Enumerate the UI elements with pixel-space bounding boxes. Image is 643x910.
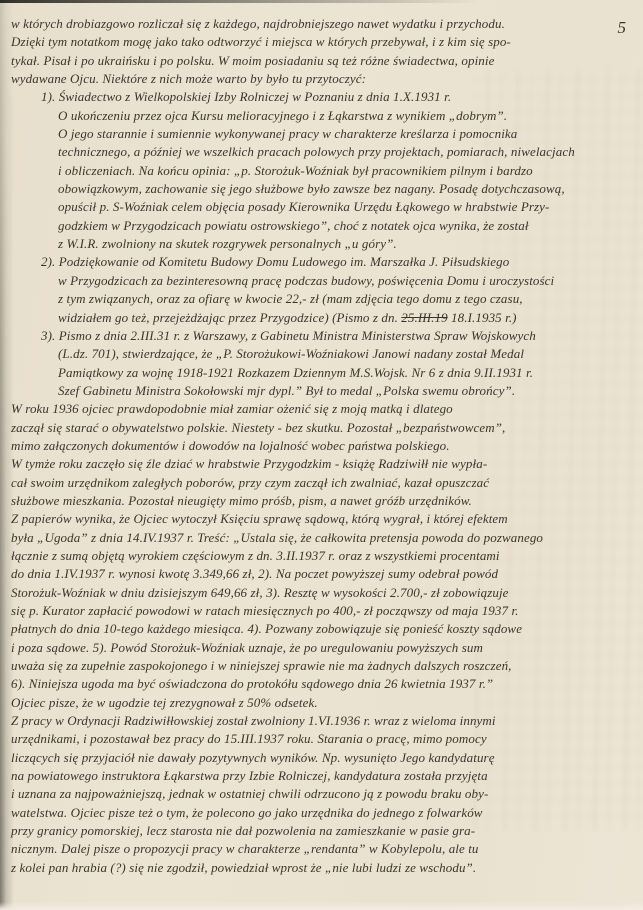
handwritten-line: 3). Pismo z dnia 2.III.31 r. z Warszawy,… — [0, 327, 639, 345]
handwritten-line: 1). Świadectwo z Wielkopolskiej Izby Rol… — [0, 88, 639, 106]
handwritten-line: w Przygodzicach za bezinteresowną pracę … — [0, 272, 639, 290]
handwritten-line: O ukończeniu przez ojca Kursu melioracyj… — [0, 107, 639, 125]
handwritten-line: 6). Niniejsza ugoda ma być oświadczona d… — [0, 675, 639, 693]
handwritten-line: i uznana za najpoważniejszą, jednak w os… — [0, 785, 639, 803]
handwritten-line: płatnych do dnia 10-tego każdego miesiąc… — [0, 620, 639, 638]
handwritten-line: przy granicy pomorskiej, lecz starosta n… — [0, 822, 639, 840]
handwritten-line: 2). Podziękowanie od Komitetu Budowy Dom… — [0, 253, 639, 271]
handwritten-line: Dzięki tym notatkom mogę jako tako odtwo… — [0, 33, 639, 51]
handwritten-line: cał swoim urzędnikom zaległych poborów, … — [0, 474, 639, 492]
handwritten-line: watelstwa. Ojciec pisze też o tym, że po… — [0, 804, 639, 822]
bottom-edge-highlight — [0, 902, 643, 910]
handwritten-line: technicznego, a później we wszelkich pra… — [0, 143, 639, 161]
handwritten-line: była „Ugoda” z dnia 14.IV.1937 r. Treść:… — [0, 529, 639, 547]
top-edge-shadow — [0, 0, 480, 3]
handwritten-line: liczących się przyjaciół nie dawały pozy… — [0, 749, 639, 767]
text-segment: widziałem go też, przejeżdżając przez Pr… — [58, 310, 401, 325]
handwritten-line: urzędnikami, i pozostawał bez pracy do 1… — [0, 730, 639, 748]
handwritten-line: służbowe mieszkania. Pozostał nieugięty … — [0, 492, 639, 510]
handwritten-line: Z pracy w Ordynacji Radziwiłłowskiej zos… — [0, 712, 639, 730]
handwritten-line: na powiatowego instruktora Łąkarstwa prz… — [0, 767, 639, 785]
handwritten-line: mimo załączonych dokumentów i dowodów na… — [0, 437, 639, 455]
handwritten-line: z W.I.R. zwolniony na skutek rozgrywek p… — [0, 235, 639, 253]
handwritten-line: się p. Kurator zapłacić powodowi w ratac… — [0, 602, 639, 620]
handwritten-line: uważa się za zupełnie zaspokojonego i w … — [0, 657, 639, 675]
struck-text: 25.III.19 — [401, 310, 447, 325]
handwritten-line: Pamiątkowy za wojnę 1918-1921 Rozkazem D… — [0, 364, 639, 382]
scanned-page: 5 w których drobiazgowo rozliczał się z … — [0, 0, 643, 910]
handwritten-line: Ojciec pisze, że w ugodzie tej zrezygnow… — [0, 694, 639, 712]
handwritten-line: Storożuk-Woźniak w dniu dzisiejszym 649,… — [0, 584, 639, 602]
handwritten-line: i poza sądowe. 5). Powód Storożuk-Woźnia… — [0, 639, 639, 657]
handwritten-line: w których drobiazgowo rozliczał się z ka… — [0, 15, 639, 33]
handwritten-line: (L.dz. 701), stwierdzające, że „P. Storo… — [0, 345, 639, 363]
handwritten-line: widziałem go też, przejeżdżając przez Pr… — [0, 309, 639, 327]
handwritten-line: Szef Gabinetu Ministra Sokołowski mjr dy… — [0, 382, 639, 400]
handwritten-line: wydawane Ojcu. Niektóre z nich może wart… — [0, 70, 639, 88]
handwritten-line: O jego starannie i sumiennie wykonywanej… — [0, 125, 639, 143]
handwritten-line: W tymże roku zaczęło się źle dziać w hra… — [0, 455, 639, 473]
handwritten-line: W roku 1936 ojciec prawdopodobnie miał z… — [0, 400, 639, 418]
handwritten-line: tykał. Pisał i po ukraińsku i po polsku.… — [0, 52, 639, 70]
handwritten-line: do dnia 1.IV.1937 r. wynosi kwotę 3.349,… — [0, 565, 639, 583]
handwritten-line: Z papierów wynika, że Ojciec wytoczył Ks… — [0, 510, 639, 528]
handwritten-line: opuścił p. S-Woźniak celem objęcia posad… — [0, 198, 639, 216]
handwritten-line: z tym związanych, oraz za ofiarę w kwoci… — [0, 290, 639, 308]
handwritten-line: i obliczeniach. Na końcu opinia: „p. Sto… — [0, 162, 639, 180]
handwritten-line: nicznym. Dalej pisze o propozycji pracy … — [0, 840, 639, 858]
handwritten-line: obowiązkowym, zachowanie się jego służbo… — [0, 180, 639, 198]
text-segment: 18.I.1935 r.) — [448, 310, 517, 325]
handwritten-line: zaczął się starać o obywatelstwo polskie… — [0, 419, 639, 437]
handwritten-line: z kolei pan hrabia (?) się nie zgodził, … — [0, 859, 639, 877]
handwritten-line: godzkiem w Przygodzicach powiatu ostrows… — [0, 217, 639, 235]
handwritten-line: łącznie z sumą objętą wyrokiem częściowy… — [0, 547, 639, 565]
handwritten-text-block: w których drobiazgowo rozliczał się z ka… — [0, 15, 639, 877]
